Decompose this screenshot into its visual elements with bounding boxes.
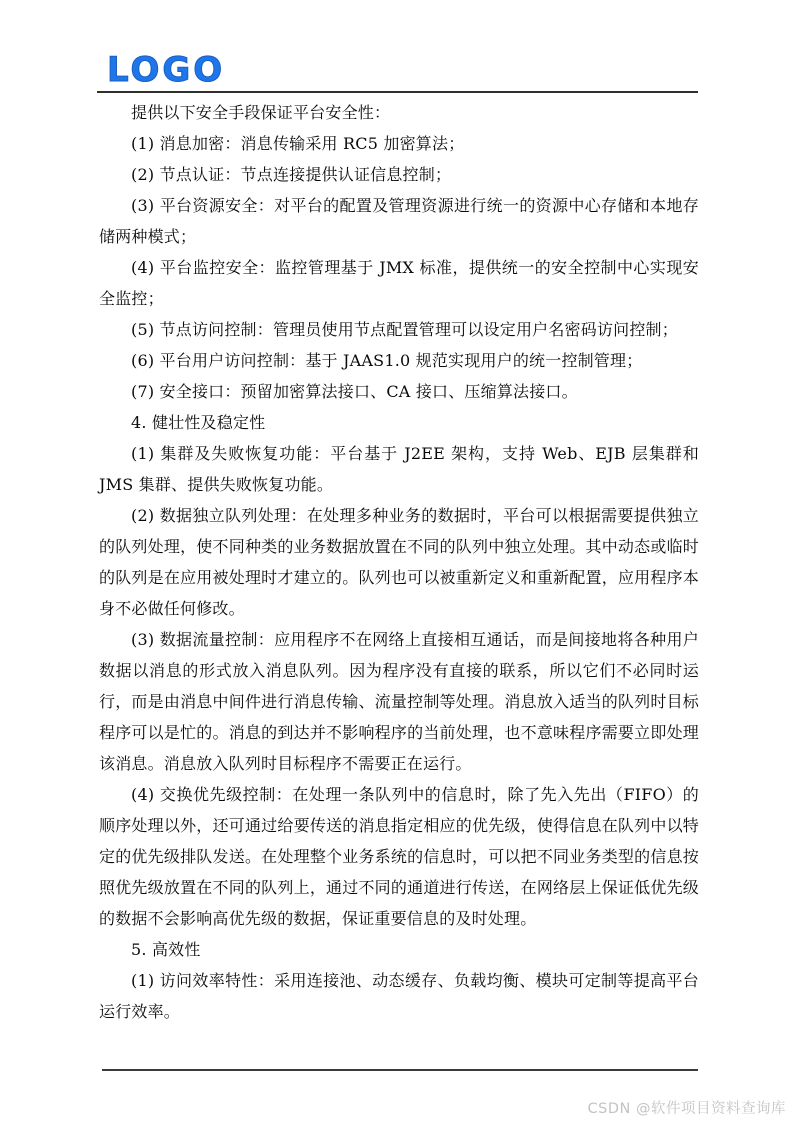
watermark: CSDN @软件项目资料查询库: [588, 1097, 786, 1118]
paragraph: (1) 消息加密：消息传输采用 RC5 加密算法；: [99, 128, 699, 159]
paragraph: (4) 平台监控安全：监控管理基于 JMX 标准，提供统一的安全控制中心实现安全…: [99, 252, 699, 314]
header-divider: [97, 91, 698, 93]
paragraph: (2) 节点认证：节点连接提供认证信息控制；: [99, 159, 699, 190]
paragraph: (1) 访问效率特性：采用连接池、动态缓存、负载均衡、模块可定制等提高平台运行效…: [99, 965, 699, 1027]
footer-divider: [102, 1069, 698, 1071]
paragraph: (3) 平台资源安全：对平台的配置及管理资源进行统一的资源中心存储和本地存储两种…: [99, 190, 699, 252]
paragraph: (1) 集群及失败恢复功能：平台基于 J2EE 架构，支持 Web、EJB 层集…: [99, 438, 699, 500]
paragraph: (4) 交换优先级控制：在处理一条队列中的信息时，除了先入先出（FIFO）的顺序…: [99, 779, 699, 934]
logo: LOGO: [107, 52, 225, 88]
document-page: LOGO 提供以下安全手段保证平台安全性：(1) 消息加密：消息传输采用 RC5…: [0, 0, 800, 1132]
paragraph: (2) 数据独立队列处理：在处理多种业务的数据时，平台可以根据需要提供独立的队列…: [99, 500, 699, 624]
document-body: 提供以下安全手段保证平台安全性：(1) 消息加密：消息传输采用 RC5 加密算法…: [99, 97, 699, 1027]
paragraph: (3) 数据流量控制：应用程序不在网络上直接相互通话，而是间接地将各种用户数据以…: [99, 624, 699, 779]
paragraph: 4. 健壮性及稳定性: [99, 407, 699, 438]
paragraph: (7) 安全接口：预留加密算法接口、CA 接口、压缩算法接口。: [99, 376, 699, 407]
paragraph: (6) 平台用户访问控制：基于 JAAS1.0 规范实现用户的统一控制管理；: [99, 345, 699, 376]
paragraph: 提供以下安全手段保证平台安全性：: [99, 97, 699, 128]
paragraph: (5) 节点访问控制：管理员使用节点配置管理可以设定用户名密码访问控制；: [99, 314, 699, 345]
paragraph: 5. 高效性: [99, 934, 699, 965]
